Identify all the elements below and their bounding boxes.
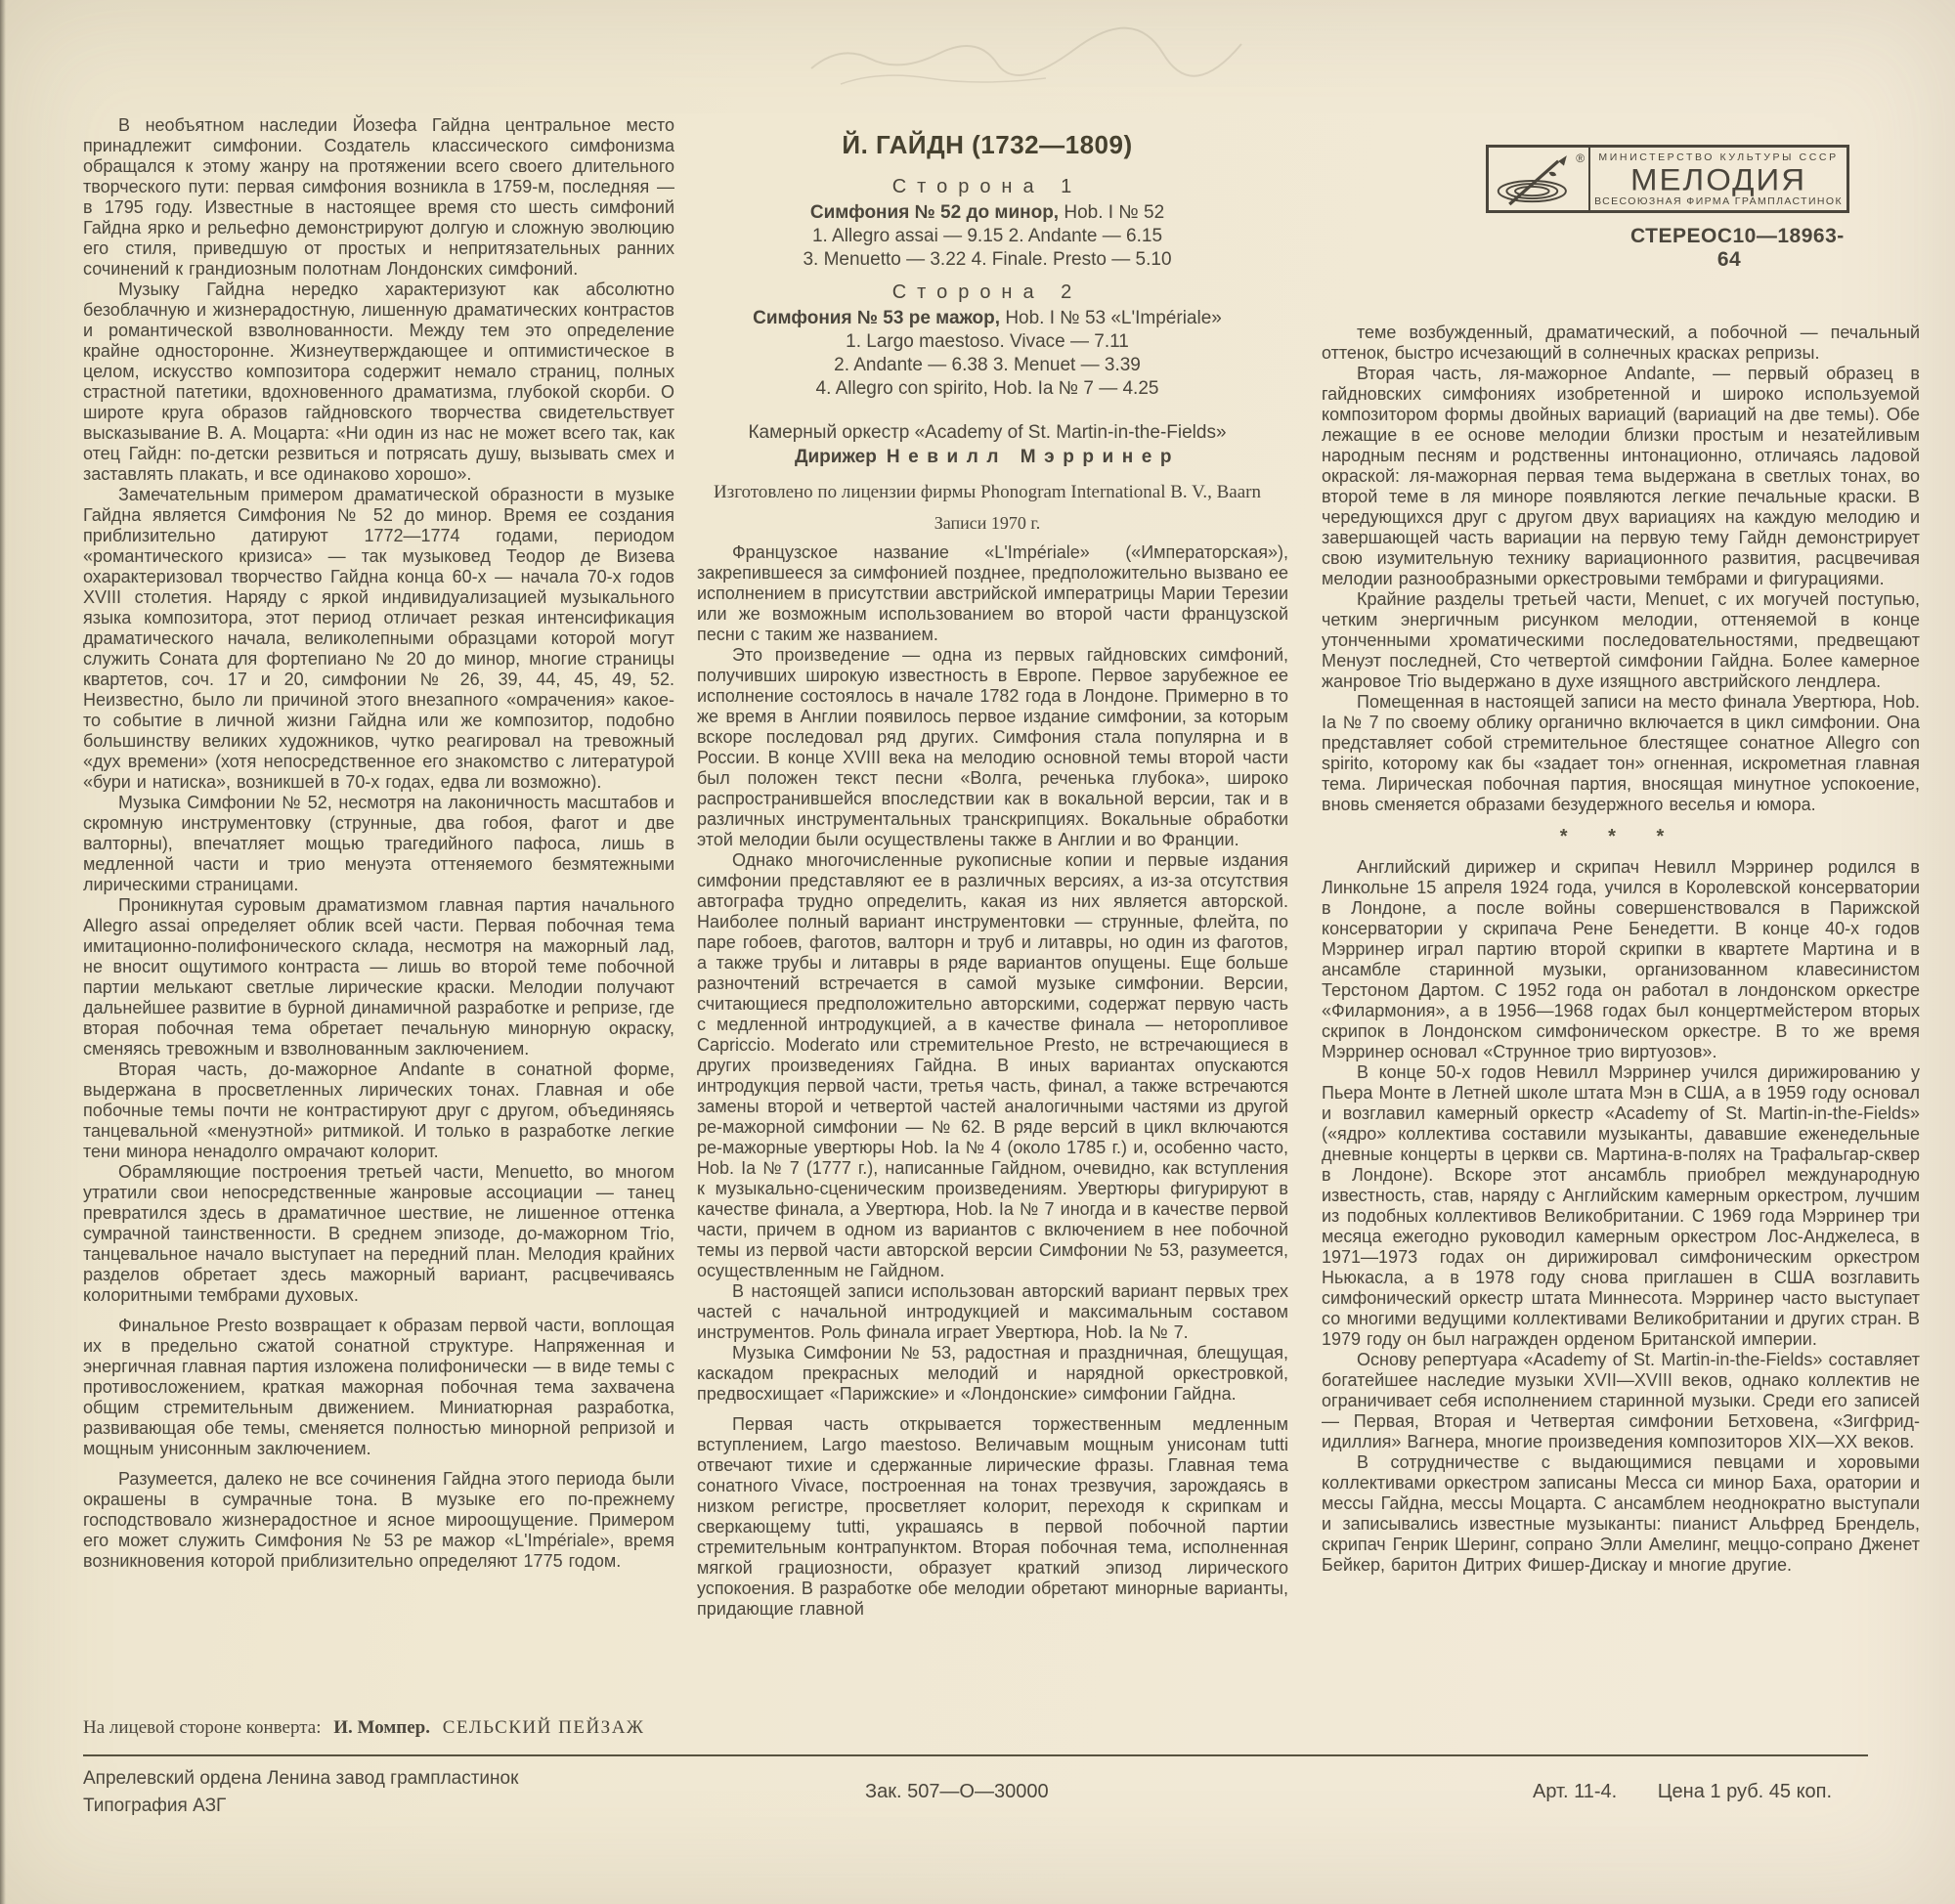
paragraph: В настоящей записи использован авторский… xyxy=(697,1281,1288,1343)
paragraph: Основу репертуара «Academy of St. Martin… xyxy=(1322,1350,1920,1452)
cover-art-note: На лицевой стороне конверта: И. Момпер. … xyxy=(83,1717,644,1739)
side2-label: Сторона 2 xyxy=(645,281,1329,304)
side2-tracks-line3: 4. Allegro con spirito, Hob. Ia № 7 — 4.… xyxy=(645,377,1329,401)
side2-tracks-line1: 1. Largo maestoso. Vivace — 7.11 xyxy=(645,330,1329,354)
side1-tracks-line2: 3. Menuetto — 3.22 4. Finale. Presto — 5… xyxy=(645,248,1329,272)
album-header: Й. ГАЙДН (1732—1809) Сторона 1 Симфония … xyxy=(645,130,1329,534)
paragraph: Вторая часть, ля-мажорное Andante, — пер… xyxy=(1322,364,1920,589)
paragraph: В сотрудничестве с выдающимися певцами и… xyxy=(1322,1452,1920,1576)
recording-year-note: Записи 1970 г. xyxy=(645,513,1329,534)
conductor-credit: ДирижерНевилл Мэрринер xyxy=(645,447,1329,468)
side1-work-title: Симфония № 52 до минор, Hob. I № 52 xyxy=(645,201,1329,225)
melodiya-logo-text: МИНИСТЕРСТВО КУЛЬТУРЫ СССР МЕЛОДИЯ ВСЕСО… xyxy=(1590,148,1846,210)
stereo-catalog-line: СТЕРЕО С10—18963-64 xyxy=(1630,225,1853,272)
section-separator: * * * xyxy=(1322,827,1920,847)
paragraph: Музыка Симфонии № 52, несмотря на лакони… xyxy=(83,793,674,895)
cover-painting-title: СЕЛЬСКИЙ ПЕЙЗАЖ xyxy=(443,1717,645,1738)
order-number: Зак. 507—О—30000 xyxy=(865,1781,1049,1803)
stereo-label: СТЕРЕО xyxy=(1630,225,1717,272)
liner-notes-right-part2: Английский дирижер и скрипач Невилл Мэрр… xyxy=(1322,857,1920,1576)
paragraph: Обрамляющие построения третьей части, Me… xyxy=(83,1162,674,1306)
label-name: МЕЛОДИЯ xyxy=(1630,163,1806,194)
paragraph: Проникнутая суровым драматизмом главная … xyxy=(83,895,674,1060)
liner-notes-right-part1: теме возбужденный, драматический, а побо… xyxy=(1322,323,1920,815)
catalog-number: С10—18963-64 xyxy=(1717,225,1853,272)
paragraph: Крайние разделы третьей части, Menuet, с… xyxy=(1322,589,1920,692)
paragraph: Замечательным примером драматической обр… xyxy=(83,485,674,793)
plant-line2: Типография АЗГ xyxy=(83,1793,518,1820)
paragraph: Это произведение — одна из первых гайдно… xyxy=(697,645,1288,850)
price: Цена 1 руб. 45 коп. xyxy=(1658,1781,1832,1802)
side1-tracks-line1: 1. Allegro assai — 9.15 2. Andante — 6.1… xyxy=(645,225,1329,248)
plant-line1: Апрелевский ордена Ленина завод грамплас… xyxy=(83,1765,518,1793)
cover-artist: И. Момпер. xyxy=(333,1717,430,1738)
paragraph: Музыка Симфонии № 53, радостная и праздн… xyxy=(697,1343,1288,1405)
paragraph: Однако многочисленные рукописные копии и… xyxy=(697,850,1288,1281)
pressing-plant-note: Апрелевский ордена Ленина завод грамплас… xyxy=(83,1765,518,1820)
melodiya-logo-box: ® МИНИСТЕРСТВО КУЛЬТУРЫ СССР МЕЛОДИЯ ВСЕ… xyxy=(1486,145,1849,213)
paragraph: В конце 50-х годов Невилл Мэрринер училс… xyxy=(1322,1062,1920,1350)
ministry-line: МИНИСТЕРСТВО КУЛЬТУРЫ СССР xyxy=(1598,151,1838,163)
paragraph: Первая часть открывается торжественным м… xyxy=(697,1414,1288,1620)
paragraph: Помещенная в настоящей записи на место ф… xyxy=(1322,692,1920,815)
scan-edge-shadow xyxy=(0,0,6,1904)
pencil-marking xyxy=(802,20,1251,98)
paragraph: Музыку Гайдна нередко характеризуют как … xyxy=(83,280,674,485)
paragraph: Финальное Presto возвращает к образам пе… xyxy=(83,1316,674,1459)
paragraph: Вторая часть, до-мажорное Andante в сона… xyxy=(83,1060,674,1162)
melodiya-record-logo-icon: ® xyxy=(1489,148,1590,210)
composer-title: Й. ГАЙДН (1732—1809) xyxy=(645,130,1329,160)
side2-work-title: Симфония № 53 ре мажор, Hob. I № 53 «L'I… xyxy=(645,307,1329,330)
paragraph: Английский дирижер и скрипач Невилл Мэрр… xyxy=(1322,857,1920,1062)
footer-divider xyxy=(83,1754,1868,1756)
liner-notes-column-left: В необъятном наследии Йозефа Гайдна цент… xyxy=(83,115,674,1572)
cover-note-prefix: На лицевой стороне конверта: xyxy=(83,1717,321,1738)
license-note: Изготовлено по лицензии фирмы Phonogram … xyxy=(645,482,1329,503)
registered-trademark-icon: ® xyxy=(1576,151,1585,165)
liner-notes-column-right: теме возбужденный, драматический, а побо… xyxy=(1322,323,1920,1576)
firm-line: ВСЕСОЮЗНАЯ ФИРМА ГРАМПЛАСТИНОК xyxy=(1594,195,1843,207)
paragraph: теме возбужденный, драматический, а побо… xyxy=(1322,323,1920,364)
paragraph: В необъятном наследии Йозефа Гайдна цент… xyxy=(83,115,674,280)
side1-label: Сторона 1 xyxy=(645,176,1329,198)
orchestra-credit: Камерный оркестр «Academy of St. Martin-… xyxy=(645,420,1329,445)
liner-notes-column-middle: Французское название «L'Impériale» («Имп… xyxy=(697,542,1288,1620)
paragraph: Разумеется, далеко не все сочинения Гайд… xyxy=(83,1469,674,1572)
side2-tracks-line2: 2. Andante — 6.38 3. Menuet — 3.39 xyxy=(645,354,1329,377)
record-sleeve-back: ® МИНИСТЕРСТВО КУЛЬТУРЫ СССР МЕЛОДИЯ ВСЕ… xyxy=(0,0,1955,1904)
art-number: Арт. 11-4. xyxy=(1533,1781,1617,1802)
art-price-line: Арт. 11-4. Цена 1 руб. 45 коп. xyxy=(1533,1781,1832,1803)
paragraph: Французское название «L'Impériale» («Имп… xyxy=(697,542,1288,645)
